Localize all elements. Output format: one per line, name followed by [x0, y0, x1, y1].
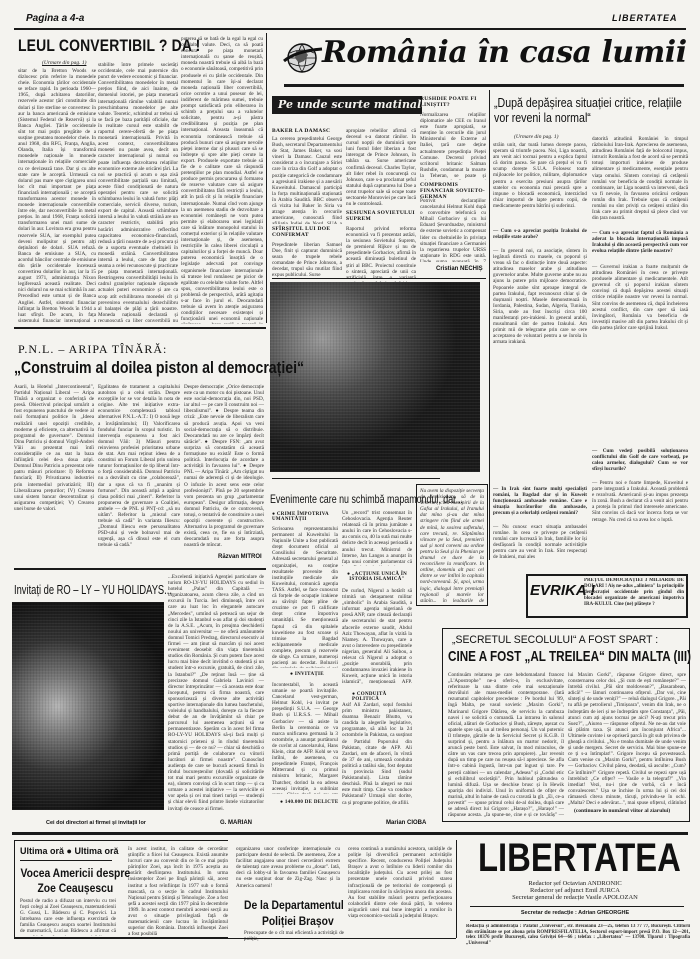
- pnl-headline: „Construim al doilea piston al democrați…: [14, 358, 304, 378]
- pe-unde-heading-rushdie: RUSHDIE POATE FI LINIȘTIT?: [420, 96, 486, 108]
- politia-headline-line2: Poliției Brașov: [262, 914, 334, 928]
- leul-column-2: stabilite între primele societăți occide…: [98, 62, 178, 324]
- leul-headline: LEUL CONVERTIBIL ? DA !: [18, 36, 200, 56]
- dupa-a2: — Guvernul irakian a foarte mulțumit de …: [592, 264, 688, 446]
- invitati-text: ...Excelentă inițiativă Agenției particu…: [168, 574, 264, 814]
- bottom-left-rule: [14, 938, 456, 939]
- dupa-q1: — Cum s-a apreciat poziția Irakului de r…: [493, 228, 587, 246]
- dupa-col1-text: străin unit, dar toată lumea dorește pac…: [493, 142, 587, 226]
- pe-unde-byline: Cristian NECHIȘ: [436, 266, 483, 272]
- dupa-headline: „După depășirea situației critice, relaț…: [494, 96, 690, 126]
- pe-unde-text-rushdie: Normalizarea relațiilor diplomatice ale …: [420, 112, 486, 180]
- secretul-column-1: Continuăm relatarea pe care hebdomadarul…: [448, 672, 564, 818]
- dupa-vertical-rule: [489, 90, 490, 560]
- pe-unde-bottom-rule: [272, 278, 486, 279]
- masthead-secretary-general: Secretar general de redacție Vasile APOL…: [460, 894, 690, 901]
- evenimente-text-invitatie: Incontestabil, în această umanie se poar…: [272, 682, 338, 794]
- evenimente-text-islam: De curînd, Nigerul a hotărît să trimită …: [342, 588, 412, 686]
- ultima-ora-kicker: Ultima oră ● Ultima oră: [20, 846, 118, 856]
- ultima-ora-kicker-rule: [20, 860, 112, 861]
- evenimente-text-crime: Scrisoarea reprezentantului permanent al…: [272, 526, 338, 668]
- dupa-a4: — Nu cunosc exact situația ambasadei rom…: [493, 524, 587, 568]
- leul-vertical-rule: [266, 33, 267, 323]
- dupa-q4: — In Irak sînt foarte mulți specialiști …: [493, 486, 587, 522]
- secretul-headline: CINE A FOST „AL TREILEA“ DIN MALTA (III): [448, 648, 691, 665]
- masthead-title: LIBERTATEA: [478, 836, 681, 880]
- dupa-continued-note: (Urmare din pag. 1): [514, 134, 558, 140]
- secretul-column-2: lui Maxim Gorki", răspunse Grigore direc…: [568, 672, 686, 806]
- evenimente-top-rule: [272, 478, 440, 479]
- pe-unde-text-doe: Președintele liberian Samuel Doe, finit …: [272, 242, 342, 282]
- page-number-label: Pagina a 4-a: [26, 13, 84, 24]
- masthead-editor-deputy: Redactor șef adjunct Emil JURCA: [460, 887, 690, 894]
- pe-unde-heading-baker: BAKER LA DAMASC: [272, 128, 342, 134]
- invitati-byline: G. MARIAN: [220, 820, 252, 826]
- globe-icon: [282, 41, 326, 75]
- pnl-kicker: P.N.L. – ARIPA TÎNĂRĂ:: [18, 342, 167, 357]
- pe-unde-title: Pe unde scurte matinale: [278, 98, 428, 111]
- pnl-byline: Răzvan MITROI: [218, 554, 262, 560]
- pnl-column-1: Asarii, la Hotelul „Intercontinental", P…: [14, 384, 94, 562]
- leul-column-1: sitar de la Bretton Woods se dizlocesc p…: [18, 68, 96, 324]
- ultima-ora-column-1: Postul de radio a difuzat un interviu cu…: [20, 898, 116, 936]
- evenimente-heading-conduita: ● CONDUITĂ POLITICĂ: [352, 692, 412, 702]
- ultima-ora-column-3: organizarea unor conferințe internaționa…: [236, 846, 340, 890]
- dupa-q3: — Cum vedeți posibilă soluționarea confl…: [592, 448, 688, 478]
- evenimente-heading-delicte: ● 140.000 DE DELICTE: [280, 800, 340, 805]
- politia-right-rule: [456, 840, 457, 938]
- leul-continued-note: (Urmare din pag. 1): [42, 60, 86, 66]
- pe-unde-text-doe-cont: apropiate rebelilor afirmă că decesul s-…: [346, 128, 416, 208]
- pnl-bottom-rule: [14, 568, 266, 570]
- masthead-rule-1: [470, 906, 684, 907]
- pe-unde-text-compromis: Potrivit declarațiilor cancelarului Helm…: [420, 198, 486, 262]
- dupa-a1: — In general noi, ca asociație, sîntem î…: [493, 248, 587, 484]
- leul-column-3: puterea să se bată de la egal la egal cu…: [181, 36, 263, 324]
- dupa-col2-text: datorită atitudinii României în timpul r…: [592, 136, 688, 228]
- banner-underline: [284, 84, 684, 87]
- pe-unde-text-sesiunea: Raportul privind reforma economică va fi…: [346, 226, 416, 284]
- politia-headline-line1: De la Departamentul: [244, 898, 344, 912]
- dupa-q2: — Cum s-a apreciat faptul că România a a…: [592, 230, 688, 262]
- masthead-secretary: Secretar de redacție : Adrian GHEORGHE: [460, 910, 690, 916]
- evenimente-text-conduita: Asif Ali Zardari, soțul fostului prim mi…: [342, 702, 412, 814]
- evenimente-heading-islam: ● „ACȚIUNE UNICĂ ÎN ISTORIA ISLAMICĂ": [342, 572, 412, 582]
- pe-unde-heading-doe: SFÎRȘITUL LUI DOE CONFIRMAT: [272, 226, 342, 238]
- masthead-small: LIBERTATEA: [612, 13, 678, 23]
- romania-banner: România în casa lumii: [272, 33, 684, 83]
- secretul-kicker: „SECRETUL SECOLULUI“ A FOST SPART :: [452, 634, 658, 646]
- bottom-section-rule: [12, 832, 688, 835]
- invitati-headline: Invitați de RO – LY – YU HOLIDAYS...: [14, 582, 172, 597]
- header-rule: [14, 28, 686, 30]
- evenimente-text-delicte: Un „record" trist consemnat în Cehoslova…: [342, 510, 412, 566]
- evrika-text: PREȚUL DEMOCRAȚIEI 3 MILIARDE DE DOLARI …: [584, 578, 684, 616]
- pnl-column-3: Despre democrație: „Orice democrație est…: [184, 384, 264, 552]
- masthead-address: Redacția și administrația : Palatul „Uni…: [466, 924, 690, 954]
- secretul-continued-note: (continuare în numărul viitor al ziarulu…: [574, 808, 670, 814]
- pe-unde-text-baker: La cererea președintelui George Bush, se…: [272, 136, 342, 224]
- masthead-editor-chief: Redactor șef Octavian ANDRONIC: [460, 880, 690, 887]
- dupa-a3: — Pentru noi e foarte limpede, Kuweitul …: [592, 480, 688, 568]
- politia-column-2: cerea continuă a numărului acestora, uni…: [348, 846, 452, 936]
- ultima-ora-headline: Vocea Americii despre Zoe Ceaușescu: [16, 866, 135, 896]
- invitati-photo: [12, 602, 164, 810]
- nu-avem-text: Nu avem la dispoziție secvența de demisi…: [420, 488, 484, 602]
- romania-banner-title: România în casa lumii: [322, 35, 687, 70]
- leul-bottom-rule: [14, 327, 266, 329]
- invitati-photo-caption: Cei doi directori ai firmei și invitații…: [46, 820, 146, 826]
- pnl-column-2: Egalitatea de tratament a capitalului au…: [98, 384, 180, 562]
- politia-column-1: Preocupate de o cît mai eficientă a acti…: [244, 930, 344, 942]
- evenimente-heading-crime: ● CRIME ÎMPOTRIVA UMANITĂȚII: [272, 512, 338, 522]
- ultima-ora-column-2: în acest institut, în calitate de cercet…: [128, 846, 228, 936]
- evenimente-byline: Marian CIOBA: [386, 820, 426, 826]
- masthead-rule-2: [470, 920, 684, 921]
- evenimente-heading-invitatie: ● INVITAȚIE: [290, 672, 340, 677]
- pe-unde-heading-sesiunea: SESIUNEA SOVIETULUI SUPREM: [346, 210, 416, 222]
